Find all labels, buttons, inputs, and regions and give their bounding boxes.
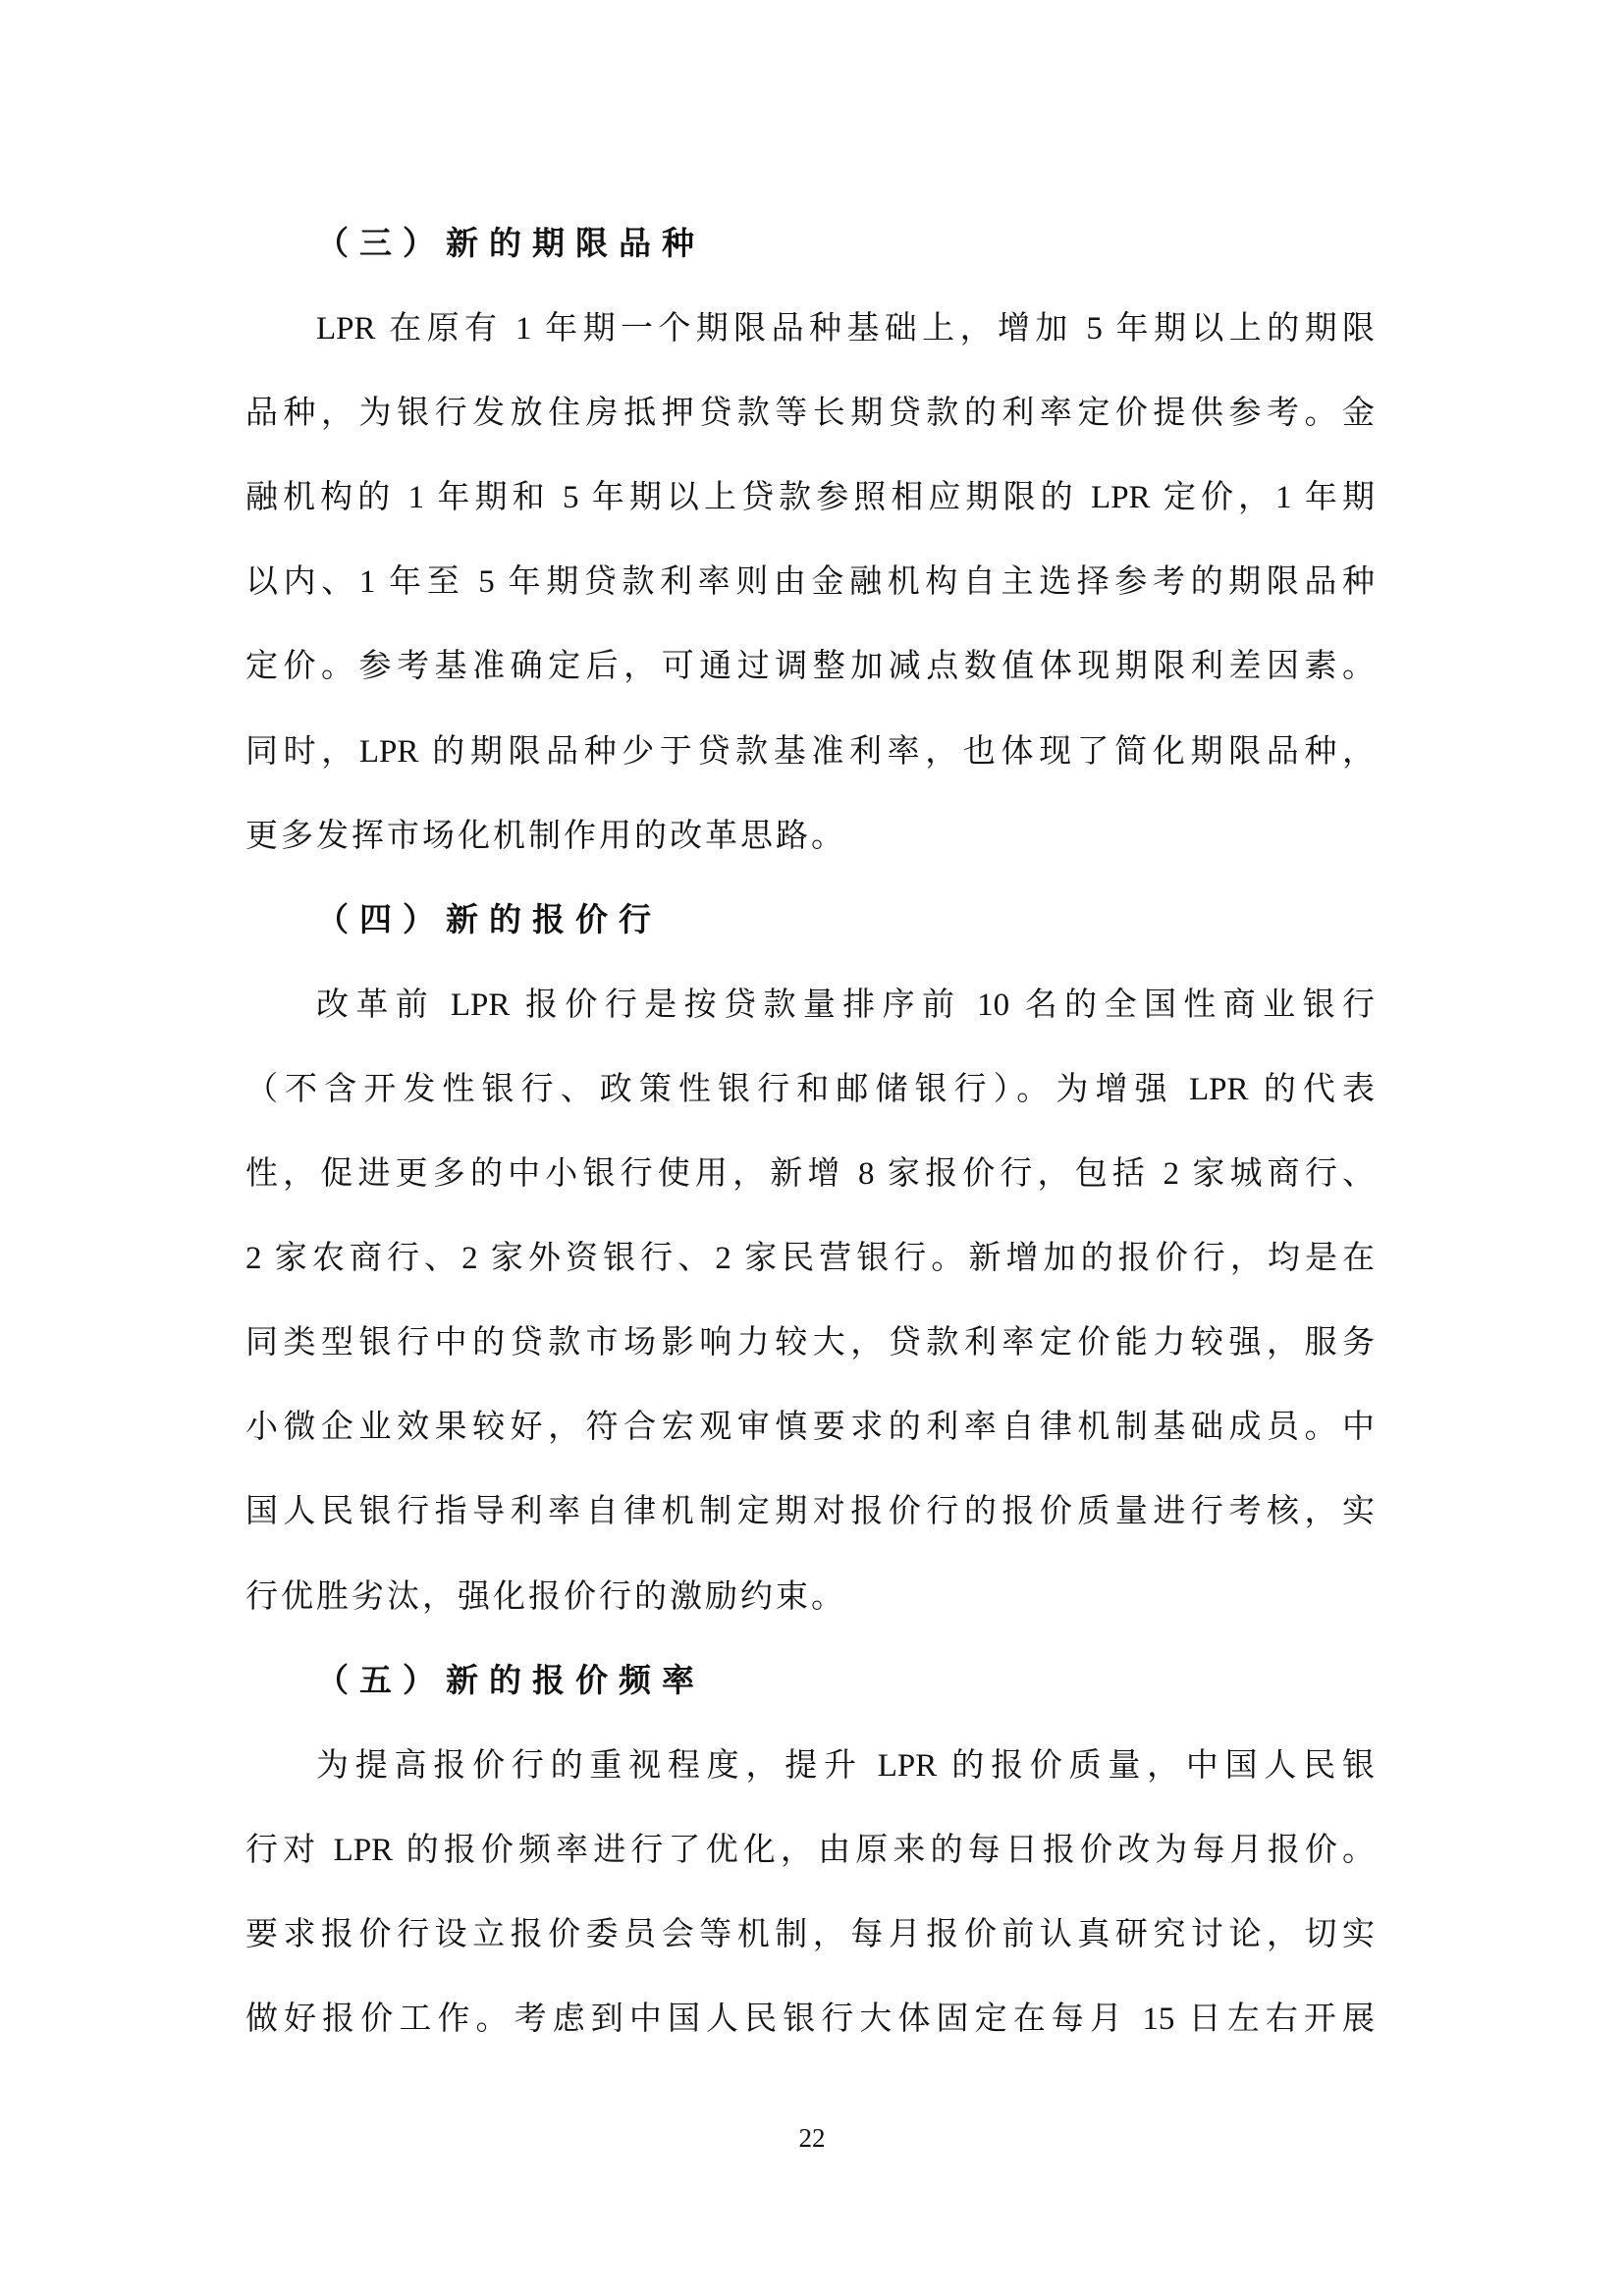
paragraph-line: 以内、1 年至 5 年期贷款利率则由金融机构自主选择参考的期限品种 [245, 540, 1375, 624]
paragraph-line: 2 家农商行、2 家外资银行、2 家民营银行。新增加的报价行，均是在 [245, 1216, 1375, 1301]
paragraph-line: 同时，LPR 的期限品种少于贷款基准利率，也体现了简化期限品种， [245, 710, 1375, 794]
paragraph-line: 小微企业效果较好，符合宏观审慎要求的利率自律机制基础成员。中 [245, 1385, 1375, 1469]
paragraph-line: 品种，为银行发放住房抵押贷款等长期贷款的利率定价提供参考。金 [245, 371, 1375, 455]
paragraph-line: 更多发挥市场化机制作用的改革思路。 [245, 794, 1375, 879]
paragraph-line: 融机构的 1 年期和 5 年期以上贷款参照相应期限的 LPR 定价，1 年期 [245, 455, 1375, 540]
paragraph-line: 同类型银行中的贷款市场影响力较大，贷款利率定价能力较强，服务 [245, 1301, 1375, 1385]
paragraph-line: 定价。参考基准确定后，可通过调整加减点数值体现期限利差因素。 [245, 624, 1375, 709]
document-page: （三）新的期限品种LPR 在原有 1 年期一个期限品种基础上，增加 5 年期以上… [0, 0, 1624, 2296]
paragraph-line: 性，促进更多的中小银行使用，新增 8 家报价行，包括 2 家城商行、 [245, 1132, 1375, 1216]
page-number: 22 [0, 2118, 1624, 2158]
paragraph-line: LPR 在原有 1 年期一个期限品种基础上，增加 5 年期以上的期限 [245, 287, 1375, 371]
document-body: （三）新的期限品种LPR 在原有 1 年期一个期限品种基础上，增加 5 年期以上… [245, 202, 1375, 2061]
paragraph-line: 改革前 LPR 报价行是按贷款量排序前 10 名的全国性商业银行 [245, 963, 1375, 1047]
paragraph-line: 行优胜劣汰，强化报价行的激励约束。 [245, 1555, 1375, 1639]
section-heading-1: （三）新的期限品种 [245, 202, 1375, 287]
section-heading-2: （四）新的报价行 [245, 879, 1375, 963]
paragraph-line: 行对 LPR 的报价频率进行了优化，由原来的每日报价改为每月报价。 [245, 1808, 1375, 1893]
paragraph-line: 要求报价行设立报价委员会等机制，每月报价前认真研究讨论，切实 [245, 1893, 1375, 1977]
section-heading-3: （五）新的报价频率 [245, 1639, 1375, 1724]
paragraph-line: （不含开发性银行、政策性银行和邮储银行）。为增强 LPR 的代表 [245, 1047, 1375, 1132]
paragraph-line: 为提高报价行的重视程度，提升 LPR 的报价质量，中国人民银 [245, 1724, 1375, 1808]
paragraph-line: 做好报价工作。考虑到中国人民银行大体固定在每月 15 日左右开展 [245, 1977, 1375, 2061]
paragraph-line: 国人民银行指导利率自律机制定期对报价行的报价质量进行考核，实 [245, 1469, 1375, 1554]
